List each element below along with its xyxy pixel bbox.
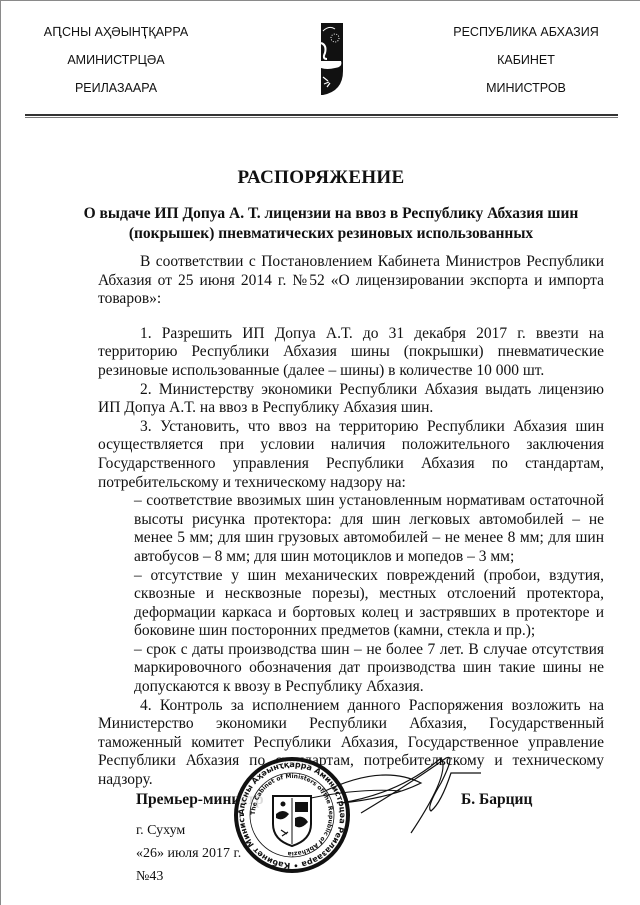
clause-1: 1. Разрешить ИП Допуа А.Т. до 31 декабря… (98, 325, 604, 381)
issue-date: «26» июля 2017 г. (136, 846, 241, 862)
clause-2: 2. Министерству экономики Республики Абх… (98, 381, 604, 418)
letterhead-line: РЕИЛАЗААРА (31, 81, 201, 109)
document-body: В соответствии с Постановлением Кабинета… (98, 253, 604, 790)
issue-city: г. Сухум (136, 823, 185, 839)
letterhead-russian: РЕСПУБЛИКА АБХАЗИЯ КАБИНЕТ МИНИСТРОВ (441, 25, 611, 109)
letterhead-line: АМИНИСТРЦӘА (31, 53, 201, 81)
letterhead-line: РЕСПУБЛИКА АБХАЗИЯ (441, 25, 611, 53)
document-title: РАСПОРЯЖЕНИЕ (1, 167, 640, 189)
clause-3: 3. Установить, что ввоз на территорию Ре… (98, 418, 604, 492)
letterhead-abkhaz: АԤСНЫ АҲӘЫНҬҚАРРА АМИНИСТРЦӘА РЕИЛАЗААРА (31, 25, 201, 109)
handwritten-signature (301, 753, 481, 843)
preamble: В соответствии с Постановлением Кабинета… (98, 253, 604, 309)
letterhead-line: МИНИСТРОВ (441, 81, 611, 109)
letterhead-divider (25, 114, 618, 118)
document-subject: О выдаче ИП Допуа А. Т. лицензии на ввоз… (61, 204, 601, 244)
document-number: №43 (136, 869, 163, 885)
condition-no-damage: – отсутствие у шин механических поврежде… (134, 567, 604, 641)
condition-age: – срок с даты производства шин – не боле… (134, 641, 604, 697)
coat-of-arms-icon (319, 21, 345, 96)
letterhead-line: КАБИНЕТ (441, 53, 611, 81)
letterhead-line: АԤСНЫ АҲӘЫНҬҚАРРА (31, 25, 201, 53)
condition-tread-depth: – соответствие ввозимых шин установленны… (134, 492, 604, 566)
